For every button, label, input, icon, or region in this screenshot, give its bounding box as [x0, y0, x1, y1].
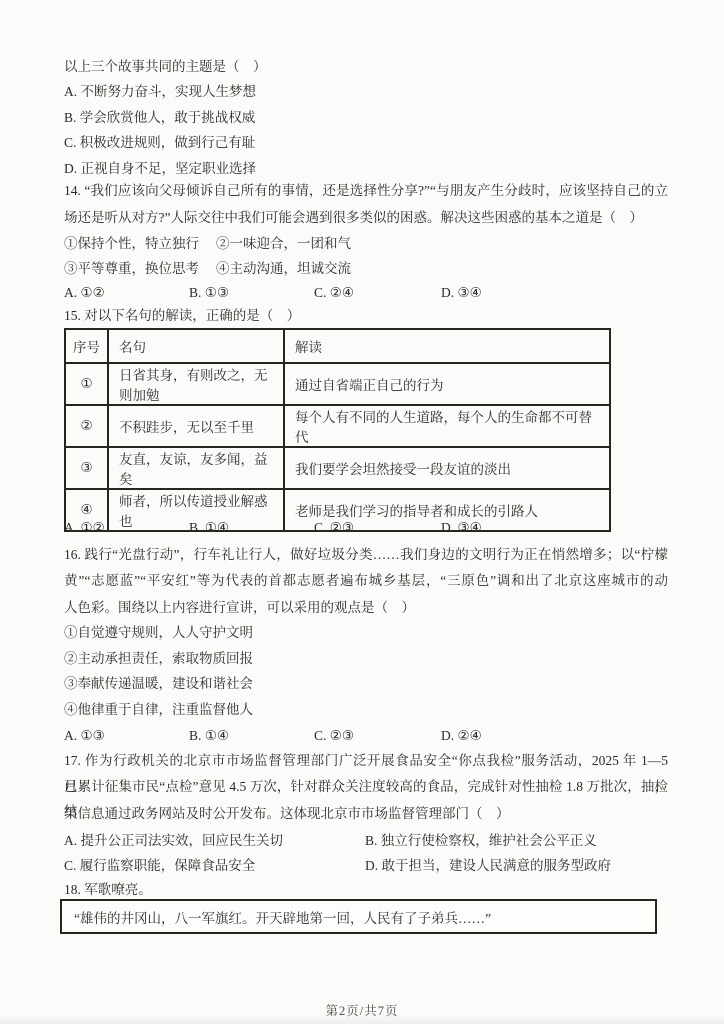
q15-row2-quote: 不积跬步，无以至千里	[108, 405, 284, 447]
q17-choices-block: A. 提升公正司法实效，回应民生关切 B. 独立行使检察权，维护社会公平正义 C…	[64, 826, 668, 877]
q16-stem-line-2: 黄”“志愿蓝”“平安红”等为代表的首都志愿者遍布城乡基层，“三原色”调和出了北京…	[64, 568, 668, 594]
q17-stem-line-2: 已累计征集市民“点检”意见 4.5 万次，针对群众关注度较高的食品，完成针对性抽…	[64, 774, 668, 800]
q15-choice-a: A. ①②	[64, 515, 105, 541]
q15-row3-quote: 友直，友谅，友多闻，益矣	[108, 447, 284, 489]
q15-choice-b: B. ①④	[189, 515, 229, 541]
q15-row1-quote: 日省其身，有则改之，无则加勉	[108, 363, 284, 405]
q15-row3-interpretation: 我们要学会坦然接受一段友谊的淡出	[284, 447, 610, 489]
q17-choices-row-1: A. 提升公正司法实效，回应民生关切 B. 独立行使检察权，维护社会公平正义	[64, 826, 668, 852]
q17-choice-b: B. 独立行使检察权，维护社会公平正义	[365, 826, 597, 852]
q16-choices: A. ①③ B. ①④ C. ②③ D. ②④	[64, 723, 668, 749]
q15-interpretation-table: 序号 名句 解读 ① 日省其身，有则改之，无则加勉 通过自省端正自己的行为 ② …	[64, 328, 611, 532]
q17-stem-line-1: 17. 作为行政机关的北京市市场监督管理部门广泛开展食品安全“你点我检”服务活动…	[64, 748, 668, 774]
q16-point-3: ③奉献传递温暖，建设和谐社会	[64, 670, 668, 696]
intro-option-c: C. 积极改进规则，做到行己有耻	[64, 129, 668, 155]
question-14: 14. “我们应该向父母倾诉自己所有的事情，还是选择性分享?”“与朋友产生分歧时…	[64, 178, 668, 306]
q14-point-2: ②一味迎合，一团和气	[216, 229, 351, 255]
q17-stem-line-3: 果信息通过政务网站及时公开发布。这体现北京市市场监督管理部门（ ）	[64, 799, 668, 825]
q15-choice-d: D. ③④	[441, 515, 482, 541]
q17-choice-d: D. 敢于担当，建设人民满意的服务型政府	[365, 852, 611, 878]
q17-choice-a: A. 提升公正司法实效，回应民生关切	[64, 826, 283, 852]
q16-choice-c: C. ②③	[314, 723, 354, 749]
q15-row2-number: ②	[65, 405, 108, 447]
question-intro: 以上三个故事共同的主题是（ ） A. 不断努力奋斗，实现人生梦想 B. 学会欣赏…	[64, 52, 668, 180]
exam-page: 以上三个故事共同的主题是（ ） A. 不断努力奋斗，实现人生梦想 B. 学会欣赏…	[0, 0, 724, 1024]
table-row: ③ 友直，友谅，友多闻，益矣 我们要学会坦然接受一段友谊的淡出	[65, 447, 610, 489]
q15-choices: A. ①② B. ①④ C. ②③ D. ③④	[64, 515, 668, 541]
q16-stem-line-3: 人色彩。围绕以上内容进行宣讲，可以采用的观点是（ ）	[64, 593, 668, 619]
table-row: ② 不积跬步，无以至千里 每个人有不同的人生道路，每个人的生命都不可替代	[65, 405, 610, 447]
q15-row2-interpretation: 每个人有不同的人生道路，每个人的生命都不可替代	[284, 405, 610, 447]
question-15: 15. 对以下名句的解读，正确的是（ ）	[64, 301, 668, 327]
question-intro-stem: 以上三个故事共同的主题是（ ）	[64, 52, 668, 78]
intro-option-a: A. 不断努力奋斗，实现人生梦想	[64, 78, 668, 104]
q14-points-row-1: ①保持个性，特立独行 ②一味迎合，一团和气	[64, 229, 668, 255]
q15-stem: 15. 对以下名句的解读，正确的是（ ）	[64, 301, 668, 327]
q14-point-3: ③平等尊重，换位思考	[64, 255, 199, 281]
q15-header-interpretation: 解读	[284, 329, 610, 363]
q18-lyrics-text: “雄伟的井冈山，八一军旗红。开天辟地第一回，人民有了子弟兵……”	[74, 907, 491, 927]
q18-lyrics-box: “雄伟的井冈山，八一军旗红。开天辟地第一回，人民有了子弟兵……”	[60, 899, 657, 934]
question-18: 18. 军歌嘹亮。	[64, 875, 668, 901]
intro-option-d: D. 正视自身不足，坚定职业选择	[64, 154, 668, 180]
q16-point-2: ②主动承担责任，索取物质回报	[64, 644, 668, 670]
q16-stem-line-1: 16. 践行“光盘行动”，行车礼让行人，做好垃圾分类……我们身边的文明行为正在悄…	[64, 542, 668, 568]
q15-header-quote: 名句	[108, 329, 284, 363]
q15-table-header-row: 序号 名句 解读	[65, 329, 610, 363]
q14-points-row-2: ③平等尊重，换位思考 ④主动沟通，坦诚交流	[64, 255, 668, 281]
q16-point-4: ④他律重于自律，注重监督他人	[64, 695, 668, 721]
q17-choices-row-2: C. 履行监察职能，保障食品安全 D. 敢于担当，建设人民满意的服务型政府	[64, 852, 668, 878]
q14-stem-line-2: 场还是听从对方?”人际交往中我们可能会遇到很多类似的困惑。解决这些困惑的基本之道…	[64, 204, 668, 230]
q14-point-1: ①保持个性，特立独行	[64, 229, 199, 255]
intro-option-b: B. 学会欣赏他人，敢于挑战权威	[64, 103, 668, 129]
q15-header-number: 序号	[65, 329, 108, 363]
q18-stem: 18. 军歌嘹亮。	[64, 875, 668, 901]
q14-point-4: ④主动沟通，坦诚交流	[216, 255, 351, 281]
question-17: 17. 作为行政机关的北京市市场监督管理部门广泛开展食品安全“你点我检”服务活动…	[64, 748, 668, 825]
q16-choices-block: A. ①③ B. ①④ C. ②③ D. ②④	[64, 723, 668, 749]
q17-choice-c: C. 履行监察职能，保障食品安全	[64, 852, 255, 878]
q15-row3-number: ③	[65, 447, 108, 489]
q15-row1-number: ①	[65, 363, 108, 405]
q15-row1-interpretation: 通过自省端正自己的行为	[284, 363, 610, 405]
q15-choices-block: A. ①② B. ①④ C. ②③ D. ③④	[64, 515, 668, 541]
q15-choice-c: C. ②③	[314, 515, 354, 541]
q16-choice-b: B. ①④	[189, 723, 229, 749]
table-row: ① 日省其身，有则改之，无则加勉 通过自省端正自己的行为	[65, 363, 610, 405]
page-number: 第2页/共7页	[0, 1001, 724, 1019]
q16-choice-d: D. ②④	[441, 723, 482, 749]
q14-stem-line-1: 14. “我们应该向父母倾诉自己所有的事情，还是选择性分享?”“与朋友产生分歧时…	[64, 178, 668, 204]
q16-choice-a: A. ①③	[64, 723, 105, 749]
question-16: 16. 践行“光盘行动”，行车礼让行人，做好垃圾分类……我们身边的文明行为正在悄…	[64, 542, 668, 721]
q16-point-1: ①自觉遵守规则，人人守护文明	[64, 619, 668, 645]
